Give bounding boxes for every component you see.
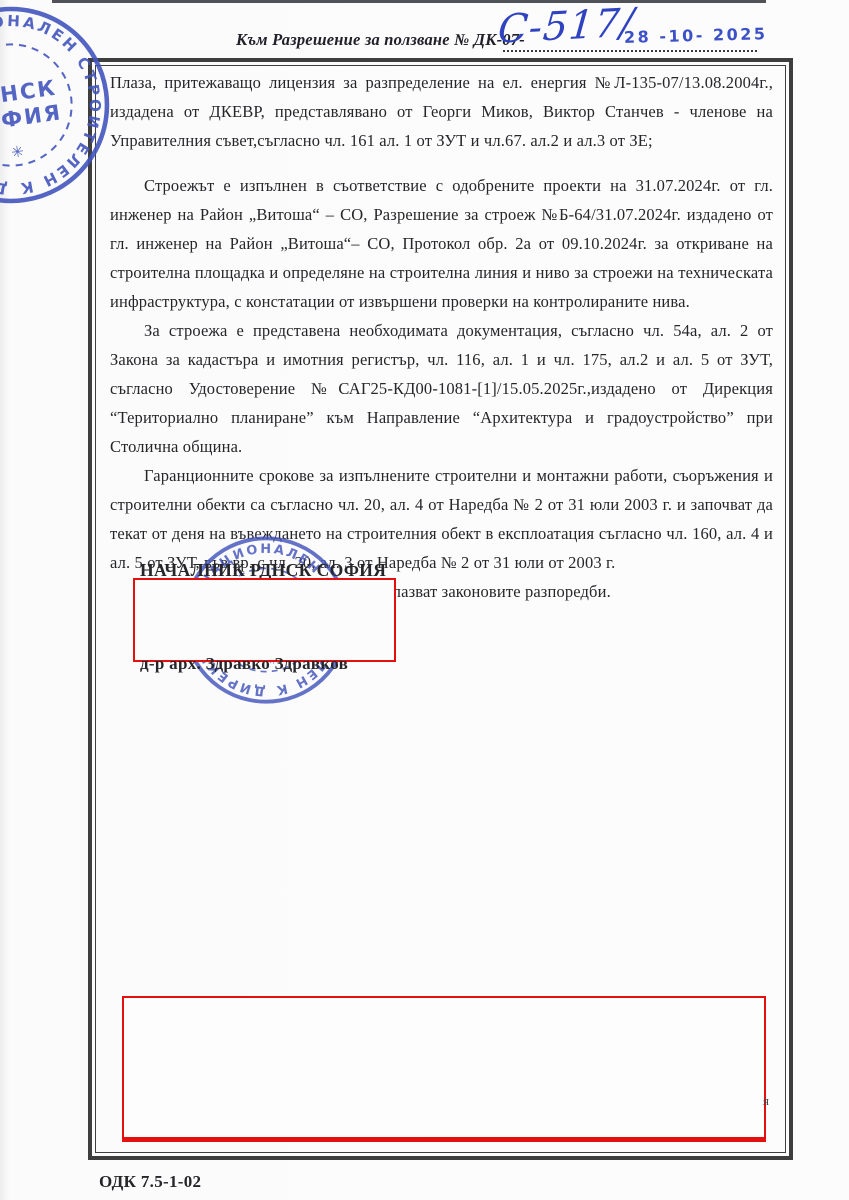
scan-edge-artifact — [52, 0, 766, 3]
body-paragraph: За строежа е представена необходимата до… — [110, 316, 773, 461]
footer-form-code: ОДК 7.5-1-02 — [99, 1172, 201, 1192]
stray-character: я — [763, 1093, 769, 1109]
redaction-box-bottom — [122, 996, 766, 1142]
round-stamp-top-left-icon: ДИРЕКЦИЯ ЗА НАЦИОНАЛЕН СТРОИТЕЛЕН КОНТРО… — [0, 0, 125, 219]
document-body: Плаза, притежаващо лицензия за разпредел… — [110, 68, 773, 606]
redaction-box-signature — [133, 578, 396, 662]
date-stamp: 28 -10- 2025 — [624, 24, 768, 47]
signature-name: д-р арх. Здравко Здравков — [140, 654, 348, 674]
body-paragraph: Плаза, притежаващо лицензия за разпредел… — [110, 68, 773, 155]
scanned-document-page: ДИРЕКЦИЯ ЗА НАЦИОНАЛЕН СТРОИТЕЛЕН КОНТРО… — [0, 0, 849, 1200]
stamp-star: ✳ — [10, 142, 25, 162]
handwritten-permit-number: С-517/ — [496, 0, 636, 52]
reference-label: Към Разрешение за ползване № ДК-07- — [236, 30, 525, 50]
body-paragraph: Строежът е изпълнен в съответствие с одо… — [110, 171, 773, 316]
